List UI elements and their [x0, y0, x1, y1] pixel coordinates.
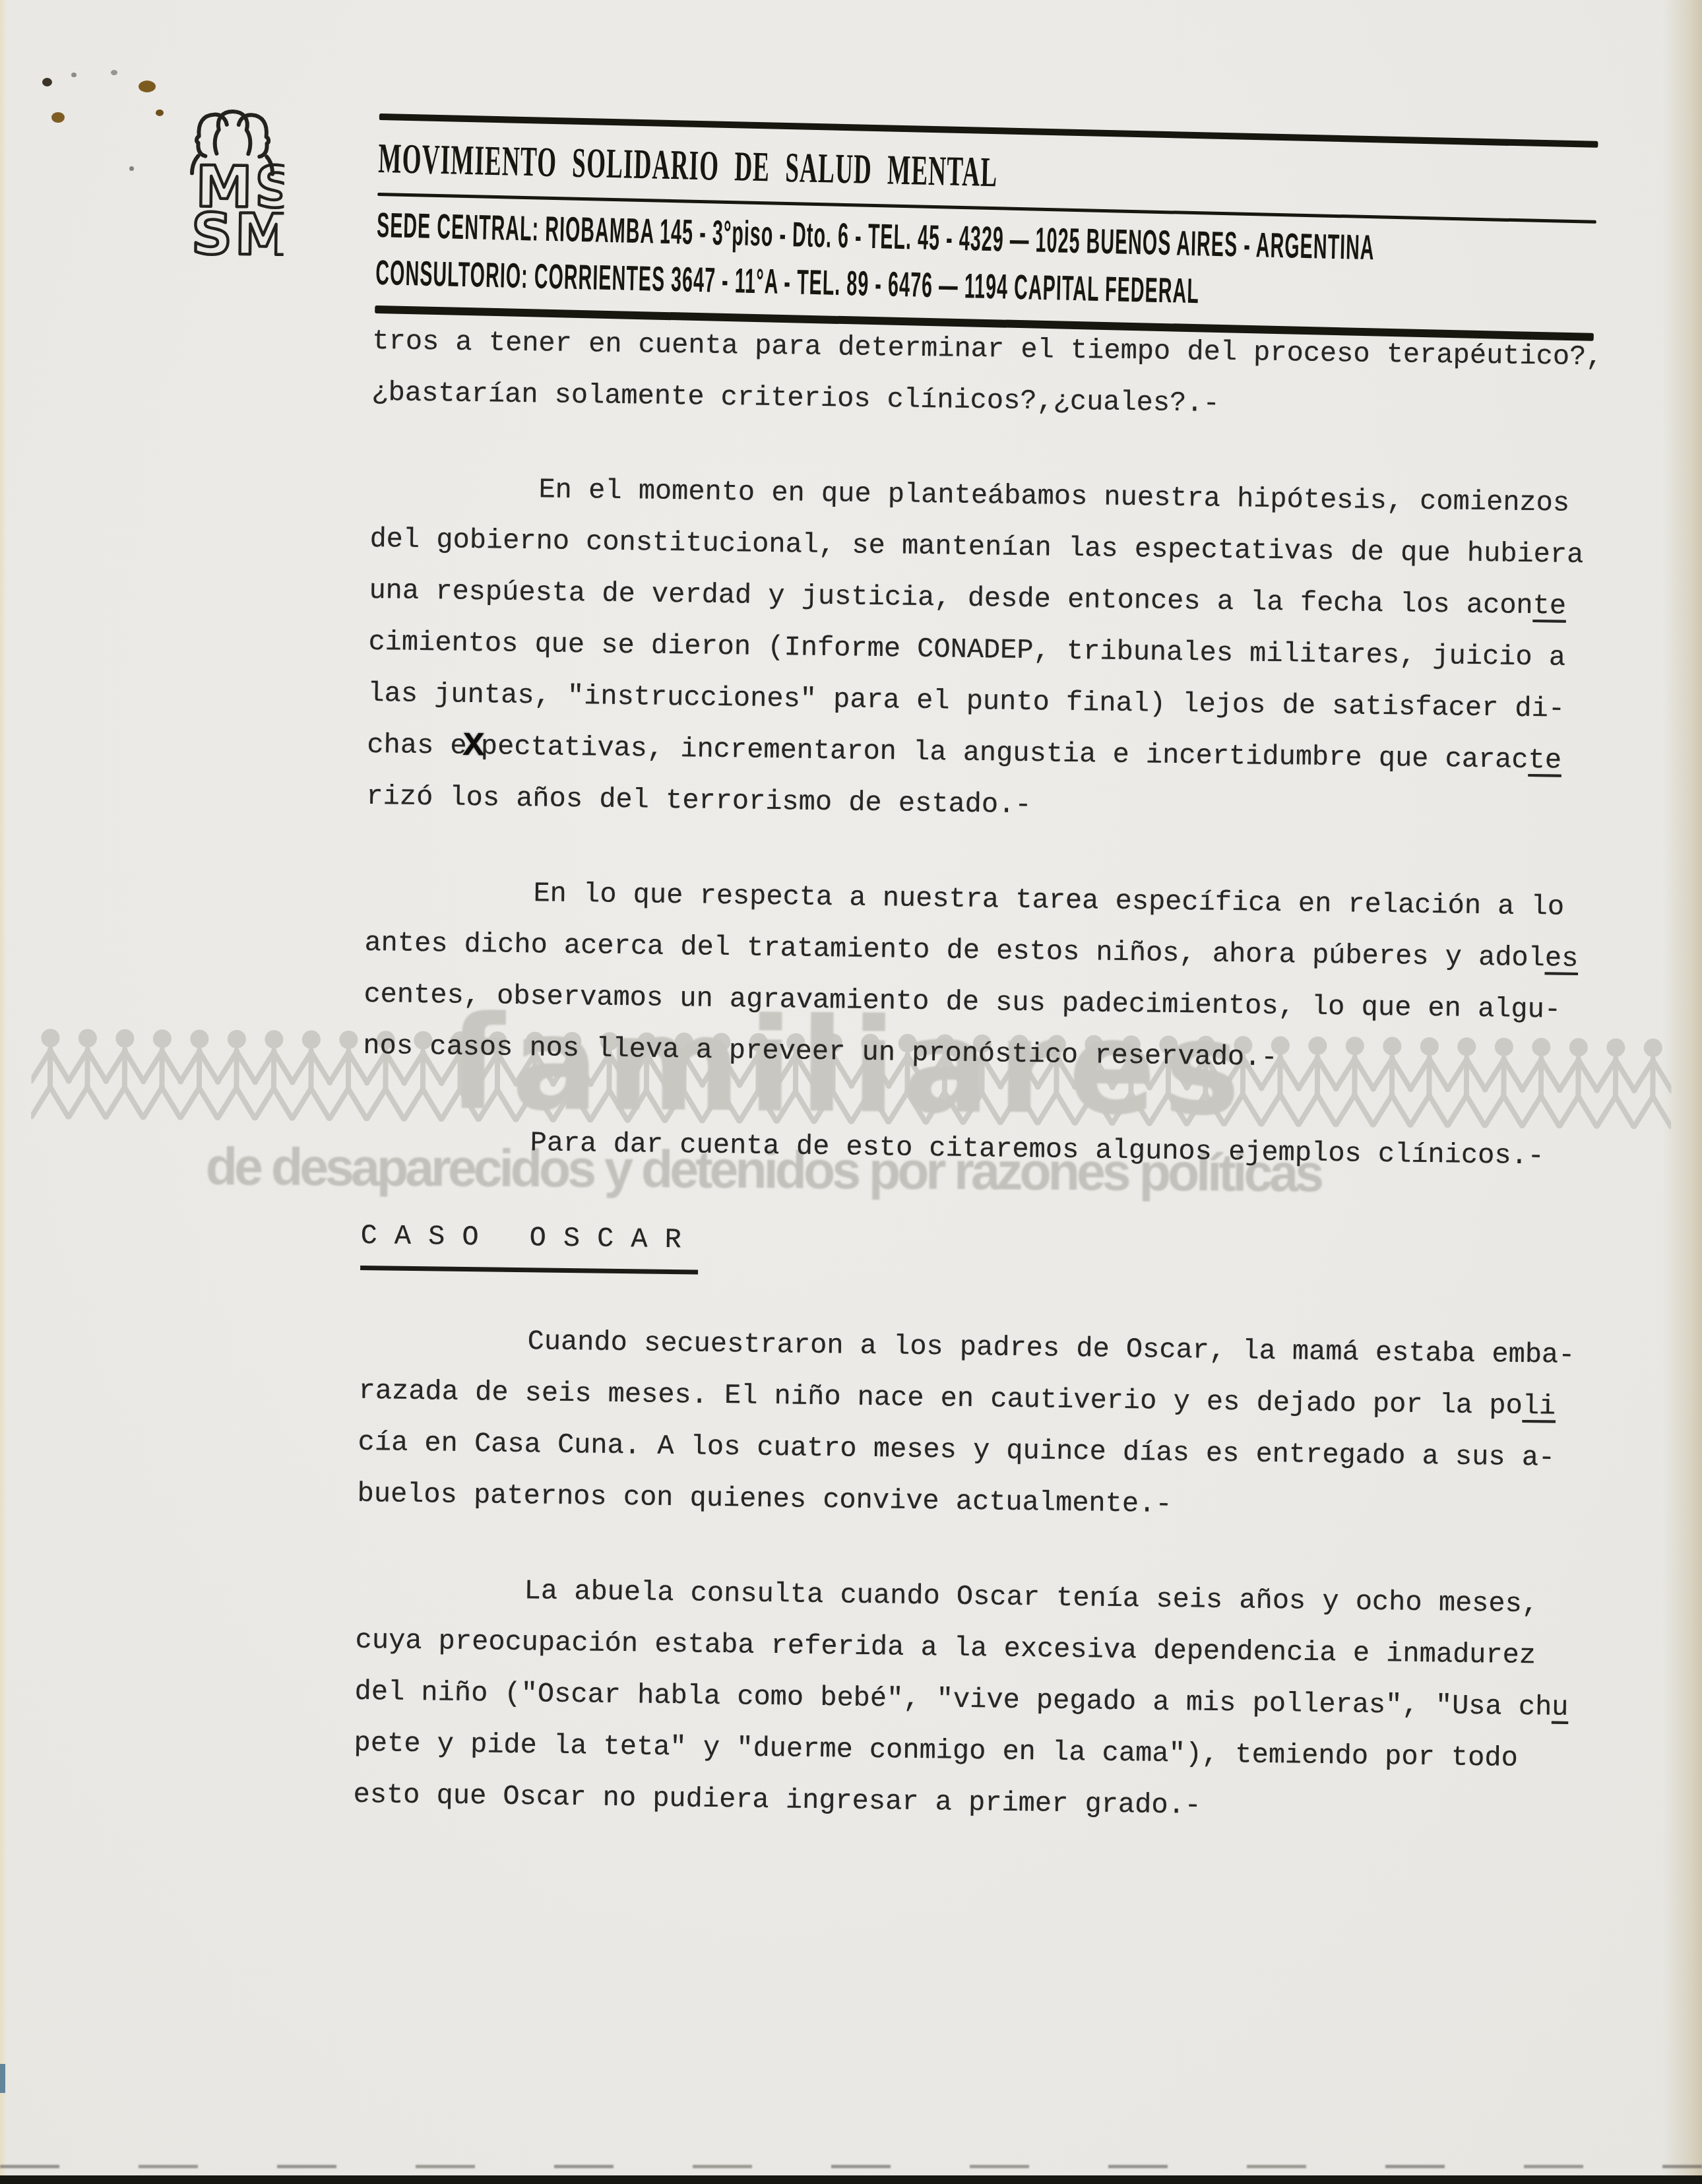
- text-segment: buelos paternos con quienes convive actu…: [357, 1478, 1172, 1520]
- text-segment: centes, observamos un agravamiento de su…: [363, 979, 1561, 1026]
- scanned-document-page: familiares de desaparecidos y detenidos …: [0, 0, 1702, 2184]
- text-segment: La abuela consulta cuando Oscar tenía se…: [524, 1575, 1538, 1620]
- text-segment: u: [1552, 1692, 1569, 1723]
- text-segment: Cuando secuestraron a los padres de Osca…: [527, 1326, 1575, 1371]
- text-segment: cuya preocupación estaba referida a la e…: [355, 1624, 1536, 1671]
- paragraph: En el momento en que planteábamos nuestr…: [366, 462, 1637, 839]
- paragraph: Cuando secuestraron a los padres de Osca…: [357, 1314, 1626, 1536]
- paragraph: La abuela consulta cuando Oscar tenía se…: [353, 1563, 1623, 1837]
- text-segment: En lo que respecta a nuestra tarea espec…: [533, 878, 1564, 922]
- text-segment: te: [1532, 590, 1566, 622]
- text-segment: del gobierno constitucional, se mantenía…: [369, 523, 1583, 571]
- text-segment: una respúesta de verdad y justicia, desd…: [369, 575, 1533, 622]
- text-segment: cía en Casa Cuna. A los cuatro meses y q…: [358, 1427, 1555, 1474]
- text-segment: tros a tener en cuenta para determinar e…: [372, 325, 1603, 373]
- text-segment: li: [1522, 1390, 1556, 1423]
- typewritten-text: tros a tener en cuenta para determinar e…: [352, 315, 1639, 1880]
- text-segment: Para dar cuenta de esto citaremos alguno…: [530, 1127, 1544, 1172]
- text-segment: es: [1545, 942, 1579, 975]
- text-segment: antes dicho acerca del tratamiento de es…: [364, 927, 1545, 974]
- overstrike-correction: X: [462, 715, 485, 777]
- text-segment: cimientos que se dieron (Informe CONADEP…: [368, 626, 1565, 674]
- letterhead: MOVIMIENTO SOLIDARIO DE SALUD MENTAL SED…: [375, 113, 1598, 341]
- logo-monogram-bottom: SM: [191, 201, 286, 262]
- text-segment: las juntas, "instrucciones" para el punt…: [367, 678, 1565, 725]
- paragraph: Para dar cuenta de esto citaremos alguno…: [362, 1115, 1629, 1183]
- text-segment: pete y pide la teta" y "duerme conmigo e…: [354, 1727, 1518, 1774]
- text-segment: chas e: [367, 729, 467, 762]
- mssm-logo: MS SM: [179, 92, 286, 263]
- paragraph: tros a tener en cuenta para determinar e…: [371, 315, 1639, 435]
- text-segment: te: [1528, 744, 1561, 777]
- text-segment: esto que Oscar no pudiera ingresar a pri…: [353, 1779, 1201, 1822]
- text-segment: En el momento en que planteábamos nuestr…: [538, 474, 1569, 519]
- text-segment: rizó los años del terrorismo de estado.-: [366, 781, 1032, 821]
- text-segment: del niño ("Oscar habla como bebé", "vive…: [354, 1676, 1552, 1723]
- org-name: MOVIMIENTO SOLIDARIO DE SALUD MENTAL: [378, 136, 998, 195]
- text-segment: ¿bastarían solamente criterios clínicos?…: [371, 377, 1220, 420]
- text-segment: nos casos nos lleva a preveer un pronóst…: [363, 1030, 1278, 1074]
- text-line: Para dar cuenta de esto citaremos alguno…: [362, 1115, 1629, 1183]
- text-segment: razada de seis meses. El niño nace en ca…: [358, 1375, 1523, 1422]
- text-segment: pectativas, incrementaron la angustia e …: [481, 730, 1529, 776]
- case-heading: CASO OSCAR: [360, 1210, 699, 1275]
- paragraph: En lo que respecta a nuestra tarea espec…: [363, 866, 1632, 1088]
- section-heading-row: CASO OSCAR: [360, 1210, 1627, 1287]
